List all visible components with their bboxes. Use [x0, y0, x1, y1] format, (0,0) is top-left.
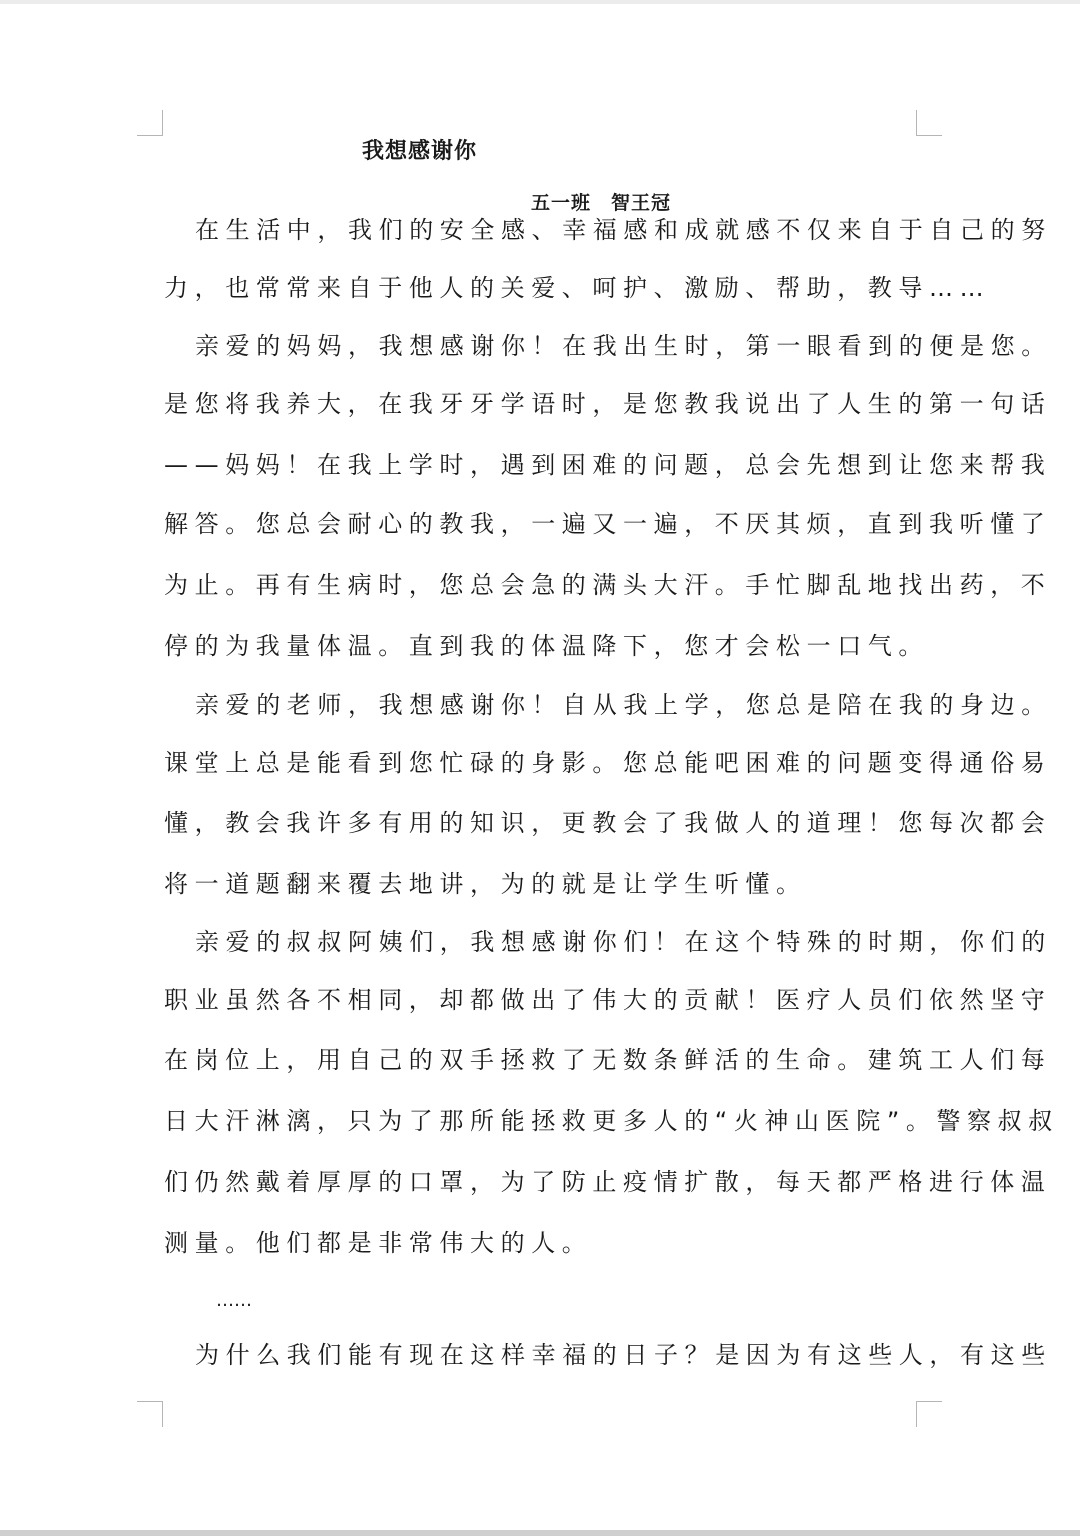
- body-text-line: 将一道题翻来覆去地讲，为的就是让学生听懂。: [164, 869, 807, 899]
- body-text-line: 力，也常常来自于他人的关爱、呵护、激励、帮助，教导……: [164, 273, 990, 303]
- body-text-line: 在岗位上，用自己的双手拯救了无数条鲜活的生命。建筑工人们每: [164, 1045, 1051, 1075]
- body-text-line: 停的为我量体温。直到我的体温降下，您才会松一口气。: [164, 631, 929, 661]
- ellipsis-paragraph: ……: [216, 1290, 252, 1311]
- document-title: 我想感谢你: [362, 134, 477, 165]
- body-text-line: ——妈妈！在我上学时，遇到困难的问题，总会先想到让您来帮我: [164, 450, 1051, 480]
- margin-corner-mark-bottom-right: [916, 1401, 942, 1427]
- body-text-line: 解答。您总会耐心的教我，一遍又一遍，不厌其烦，直到我听懂了: [164, 509, 1051, 539]
- body-text-line: 是您将我养大，在我牙牙学语时，是您教我说出了人生的第一句话: [164, 389, 1051, 419]
- body-text-line: 在生活中，我们的安全感、幸福感和成就感不仅来自于自己的努: [195, 215, 1052, 245]
- body-text-line: 们仍然戴着厚厚的口罩，为了防止疫情扩散，每天都严格进行体温: [164, 1167, 1051, 1197]
- author-byline: 五一班 智王冠: [531, 188, 671, 215]
- body-text-line: 为什么我们能有现在这样幸福的日子？是因为有这些人，有这些: [195, 1340, 1052, 1370]
- top-edge-band: [0, 0, 1080, 4]
- body-text-line: 日大汗淋漓，只为了那所能拯救更多人的“火神山医院”。警察叔叔: [164, 1106, 1059, 1136]
- body-text-line: 职业虽然各不相同，却都做出了伟大的贡献！医疗人员们依然坚守: [164, 985, 1051, 1015]
- body-text-line: 亲爱的叔叔阿姨们，我想感谢你们！在这个特殊的时期，你们的: [195, 927, 1052, 957]
- margin-corner-mark-top-right: [916, 110, 942, 136]
- margin-corner-mark-top-left: [137, 110, 163, 136]
- margin-corner-mark-bottom-left: [137, 1401, 163, 1427]
- body-text-line: 懂，教会我许多有用的知识，更教会了我做人的道理！您每次都会: [164, 808, 1051, 838]
- body-text-line: 亲爱的妈妈，我想感谢你！在我出生时，第一眼看到的便是您。: [195, 331, 1052, 361]
- body-text-line: 为止。再有生病时，您总会急的满头大汗。手忙脚乱地找出药，不: [164, 570, 1051, 600]
- body-text-line: 亲爱的老师，我想感谢你！自从我上学，您总是陪在我的身边。: [195, 690, 1052, 720]
- bottom-edge-band: [0, 1530, 1080, 1536]
- body-text-line: 课堂上总是能看到您忙碌的身影。您总能吧困难的问题变得通俗易: [164, 748, 1051, 778]
- body-text-line: 测量。他们都是非常伟大的人。: [164, 1228, 592, 1258]
